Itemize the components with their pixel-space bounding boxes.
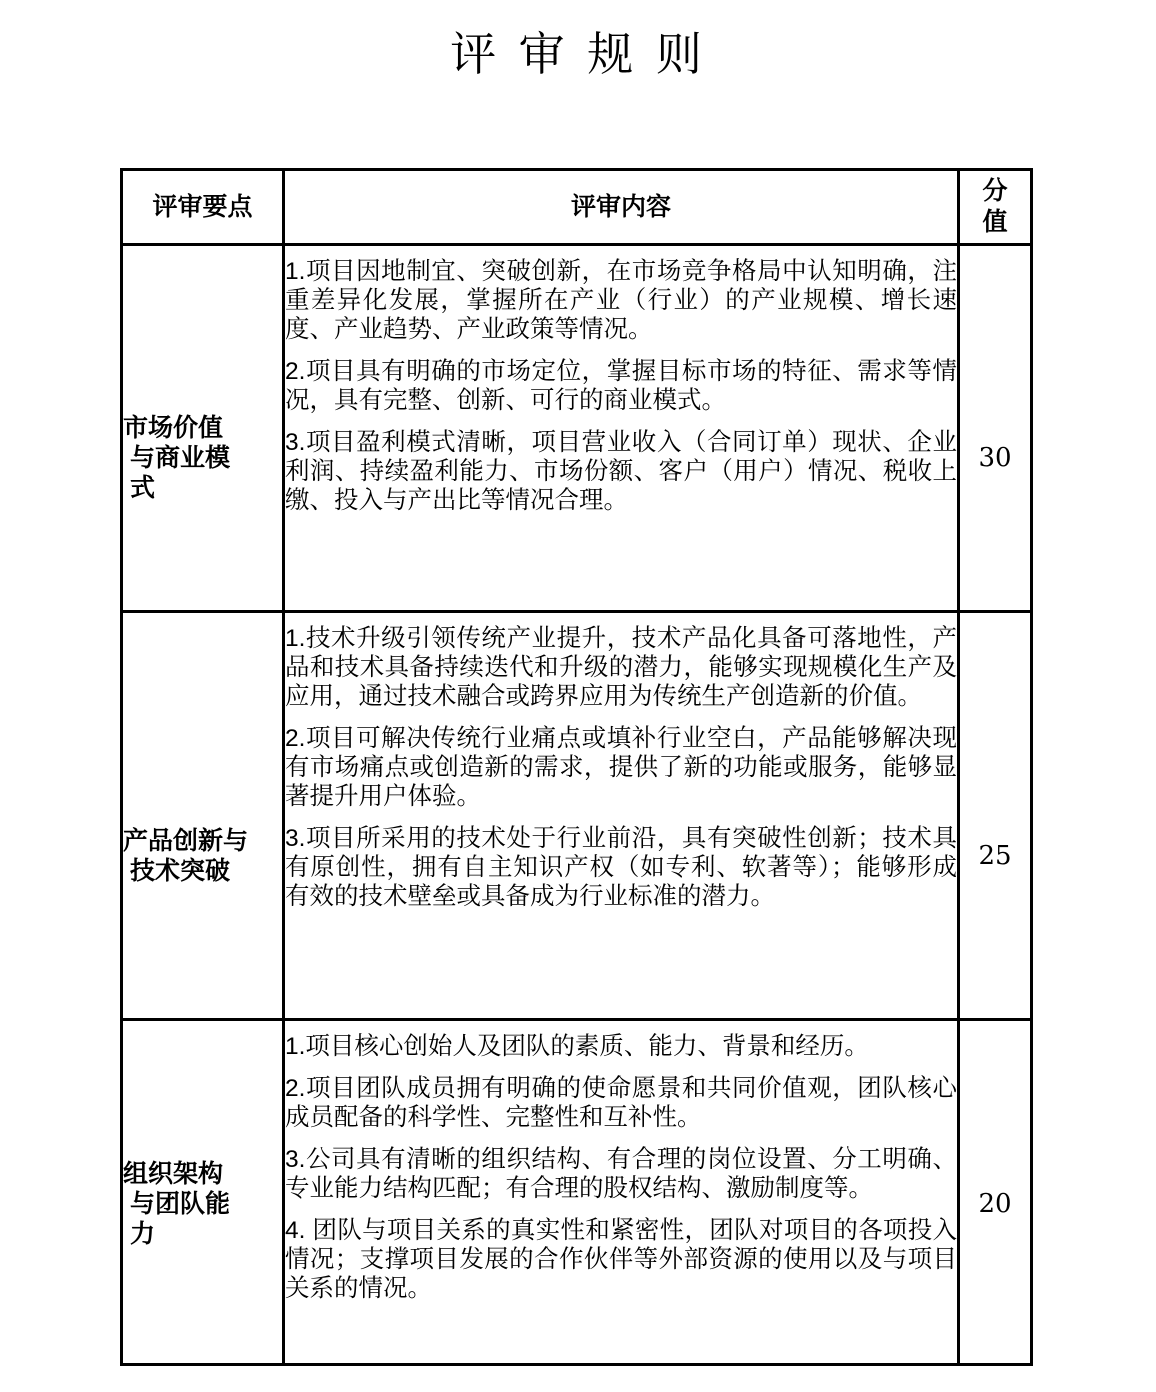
review-content-item: 1.技术升级引领传统产业提升，技术产品化具备可落地性，产品和技术具备持续迭代和升… (285, 624, 957, 711)
table-row-product-innovation: 产品创新与 技术突破 1.技术升级引领传统产业提升，技术产品化具备可落地性，产品… (122, 612, 1032, 1020)
review-point-label: 产品创新与 技术突破 (123, 826, 248, 886)
review-point-cell: 组织架构 与团队能 力 (122, 1020, 284, 1365)
score-cell: 30 (959, 245, 1032, 612)
review-point-cell: 产品创新与 技术突破 (122, 612, 284, 1020)
score-value: 20 (978, 1189, 1011, 1219)
header-review-content: 评审内容 (284, 170, 959, 245)
score-value: 25 (978, 841, 1011, 871)
review-content-list: 1.项目因地制宜、突破创新，在市场竞争格局中认知明确，注重差异化发展，掌握所在产… (285, 257, 957, 599)
page-title: 评 审 规 则 (0, 0, 1156, 81)
table-row-organization-team: 组织架构 与团队能 力 1.项目核心创始人及团队的素质、能力、背景和经历。 2.… (122, 1020, 1032, 1365)
review-content-cell: 1.技术升级引领传统产业提升，技术产品化具备可落地性，产品和技术具备持续迭代和升… (284, 612, 959, 1020)
review-point-label: 市场价值 与商业模 式 (123, 413, 230, 503)
review-content-item: 2.项目团队成员拥有明确的使命愿景和共同价值观，团队核心成员配备的科学性、完整性… (285, 1074, 957, 1132)
review-content-cell: 1.项目核心创始人及团队的素质、能力、背景和经历。 2.项目团队成员拥有明确的使… (284, 1020, 959, 1365)
review-content-item: 1.项目因地制宜、突破创新，在市场竞争格局中认知明确，注重差异化发展，掌握所在产… (285, 257, 957, 344)
review-content-list: 1.项目核心创始人及团队的素质、能力、背景和经历。 2.项目团队成员拥有明确的使… (285, 1032, 957, 1352)
score-value: 30 (978, 443, 1011, 473)
review-content-item: 3.公司具有清晰的组织结构、有合理的岗位设置、分工明确、专业能力结构匹配；有合理… (285, 1145, 957, 1203)
review-point-cell: 市场价值 与商业模 式 (122, 245, 284, 612)
score-cell: 25 (959, 612, 1032, 1020)
review-rules-table: 评审要点 评审内容 分 值 市场价值 与商业模 式 1.项目因地制宜、突破创新，… (120, 168, 1033, 1366)
document-page: 评 审 规 则 评审要点 评审内容 分 值 市场价值 与商业模 式 1.项目因地… (0, 0, 1156, 1392)
review-content-item: 1.项目核心创始人及团队的素质、能力、背景和经历。 (285, 1032, 957, 1061)
review-content-item: 2.项目具有明确的市场定位，掌握目标市场的特征、需求等情况，具有完整、创新、可行… (285, 357, 957, 415)
table-header-row: 评审要点 评审内容 分 值 (122, 170, 1032, 245)
review-content-item: 2.项目可解决传统行业痛点或填补行业空白，产品能够解决现有市场痛点或创造新的需求… (285, 724, 957, 811)
review-content-cell: 1.项目因地制宜、突破创新，在市场竞争格局中认知明确，注重差异化发展，掌握所在产… (284, 245, 959, 612)
table-row-market-value: 市场价值 与商业模 式 1.项目因地制宜、突破创新，在市场竞争格局中认知明确，注… (122, 245, 1032, 612)
review-content-item: 4. 团队与项目关系的真实性和紧密性，团队对项目的各项投入情况；支撑项目发展的合… (285, 1216, 957, 1303)
header-score: 分 值 (959, 170, 1032, 245)
review-content-item: 3.项目所采用的技术处于行业前沿，具有突破性创新；技术具有原创性，拥有自主知识产… (285, 824, 957, 911)
review-content-item: 3.项目盈利模式清晰，项目营业收入（合同订单）现状、企业利润、持续盈利能力、市场… (285, 428, 957, 515)
header-review-points: 评审要点 (122, 170, 284, 245)
review-content-list: 1.技术升级引领传统产业提升，技术产品化具备可落地性，产品和技术具备持续迭代和升… (285, 624, 957, 1007)
score-cell: 20 (959, 1020, 1032, 1365)
review-point-label: 组织架构 与团队能 力 (123, 1159, 230, 1249)
